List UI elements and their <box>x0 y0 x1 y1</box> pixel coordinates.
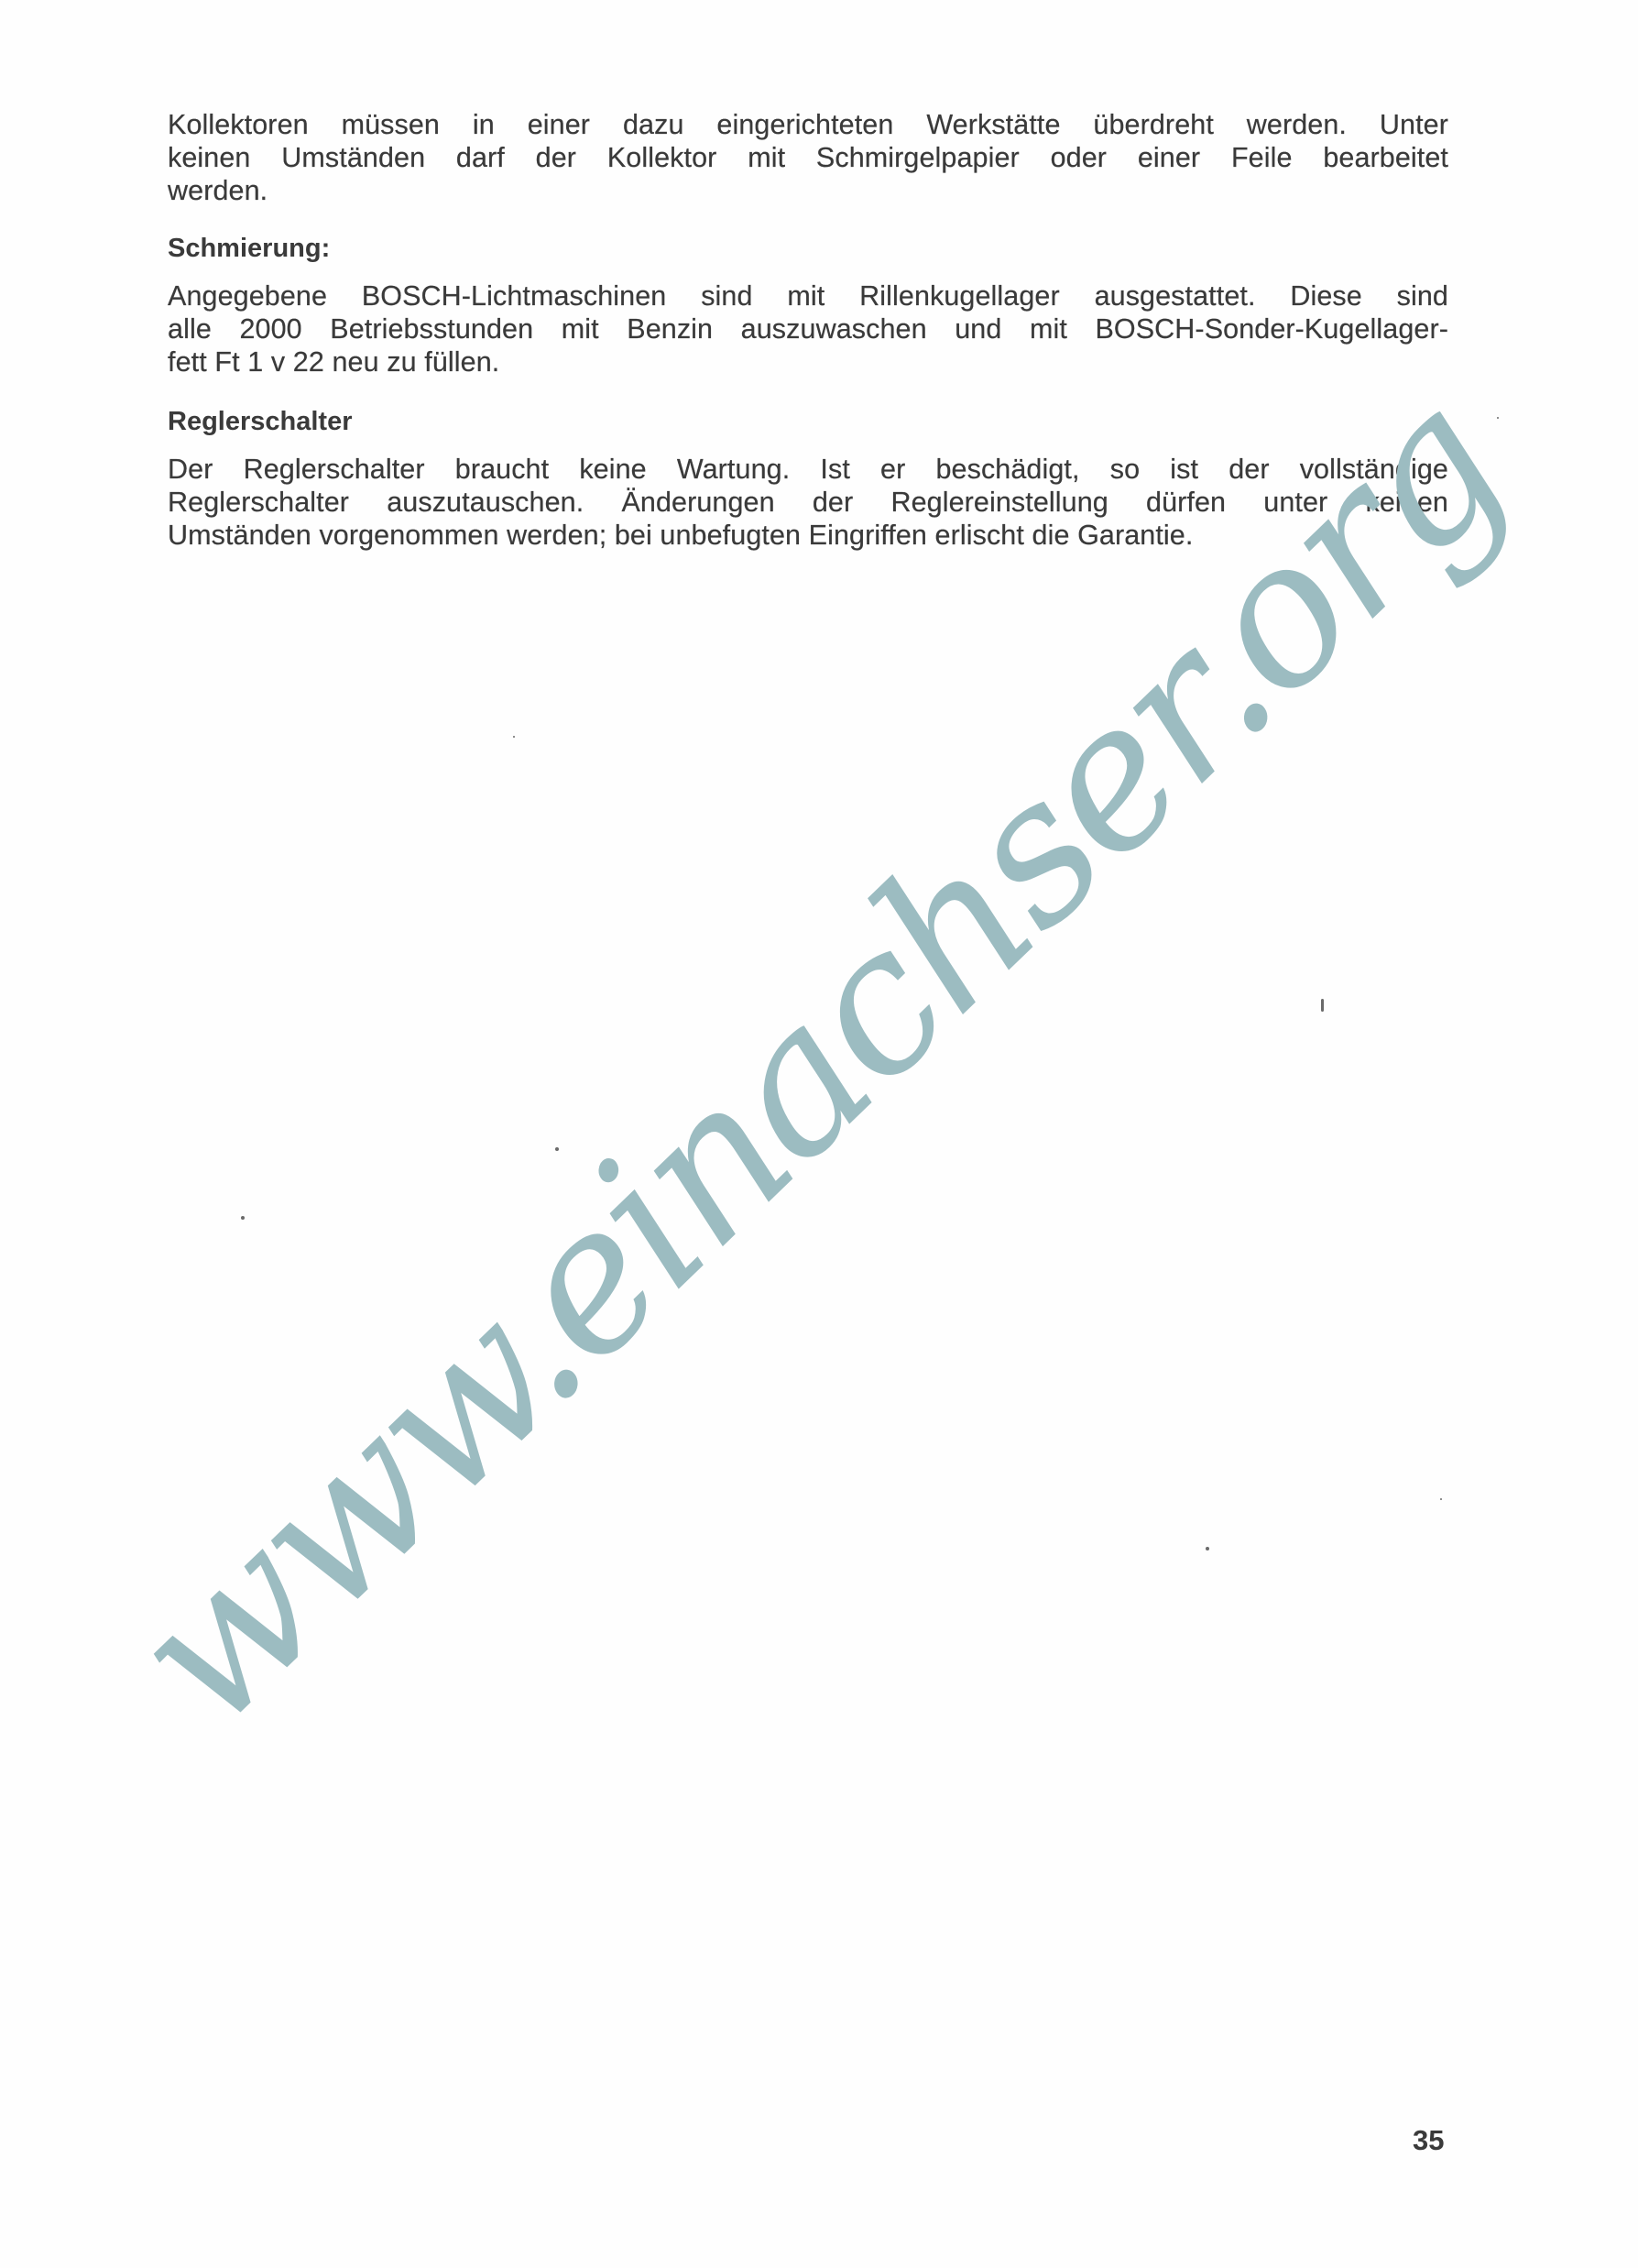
section-heading-schmierung: Schmierung: <box>168 233 330 264</box>
text-line: Reglerschalter auszutauschen. Änderungen… <box>168 486 1448 519</box>
watermark-text: www.einachser.org <box>88 351 1545 1770</box>
scan-speck <box>1321 999 1324 1012</box>
scan-speck <box>1497 417 1499 419</box>
intro-paragraph: Kollektoren müssen in einer dazu eingeri… <box>168 108 1448 207</box>
text-line: alle 2000 Betriebsstunden mit Benzin aus… <box>168 312 1448 345</box>
section-paragraph-schmierung: Angegebene BOSCH-Lichtmaschinen sind mit… <box>168 279 1448 378</box>
text-line: Umständen vorgenommen werden; bei unbefu… <box>168 519 1448 552</box>
section-paragraph-reglerschalter: Der Reglerschalter braucht keine Wartung… <box>168 453 1448 552</box>
scan-speck <box>555 1147 559 1151</box>
text-line: keinen Umständen darf der Kollektor mit … <box>168 141 1448 174</box>
text-line: werden. <box>168 174 1448 207</box>
text-line: Kollektoren müssen in einer dazu eingeri… <box>168 108 1448 141</box>
page-number: 35 <box>1413 2124 1444 2157</box>
text-line: fett Ft 1 v 22 neu zu füllen. <box>168 345 1448 378</box>
scan-speck <box>241 1216 245 1220</box>
scan-speck <box>513 736 515 738</box>
scan-speck <box>1440 1498 1442 1500</box>
scan-speck <box>1206 1547 1209 1550</box>
text-line: Angegebene BOSCH-Lichtmaschinen sind mit… <box>168 279 1448 312</box>
document-page: Kollektoren müssen in einer dazu eingeri… <box>0 0 1638 2268</box>
section-heading-reglerschalter: Reglerschalter <box>168 406 353 437</box>
text-line: Der Reglerschalter braucht keine Wartung… <box>168 453 1448 486</box>
